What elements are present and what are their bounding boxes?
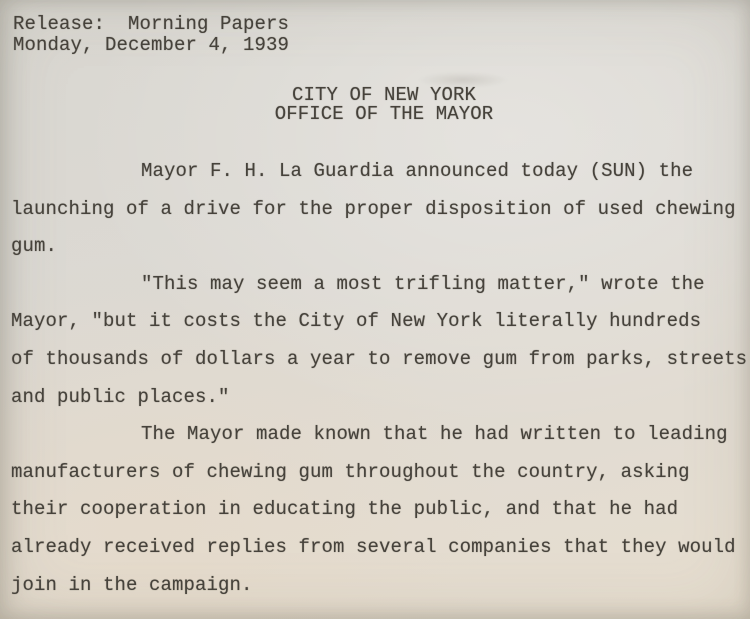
body-line: of thousands of dollars a year to remove… xyxy=(11,341,744,379)
document-body: Mayor F. H. La Guardia announced today (… xyxy=(11,153,744,604)
body-line: Mayor F. H. La Guardia announced today (… xyxy=(11,153,744,191)
release-header: Release: Morning Papers Monday, December… xyxy=(13,14,289,56)
body-line: gum. xyxy=(11,228,744,266)
body-line: launching of a drive for the proper disp… xyxy=(11,191,744,229)
body-line: already received replies from several co… xyxy=(11,529,744,567)
body-line: Mayor, "but it costs the City of New Yor… xyxy=(11,303,744,341)
body-line: and public places." xyxy=(11,379,744,417)
body-line: The Mayor made known that he had written… xyxy=(11,416,744,454)
release-date-line: Monday, December 4, 1939 xyxy=(13,35,289,56)
release-instruction-line: Release: Morning Papers xyxy=(13,14,289,35)
body-line: their cooperation in educating the publi… xyxy=(11,491,744,529)
body-line: "This may seem a most trifling matter," … xyxy=(11,266,744,304)
press-release-document: Release: Morning Papers Monday, December… xyxy=(0,0,750,619)
letterhead: CITY OF NEW YORK OFFICE OF THE MAYOR xyxy=(9,86,750,124)
body-line: join in the campaign. xyxy=(11,567,744,605)
body-line: manufacturers of chewing gum throughout … xyxy=(11,454,744,492)
letterhead-office-line: OFFICE OF THE MAYOR xyxy=(9,105,750,124)
